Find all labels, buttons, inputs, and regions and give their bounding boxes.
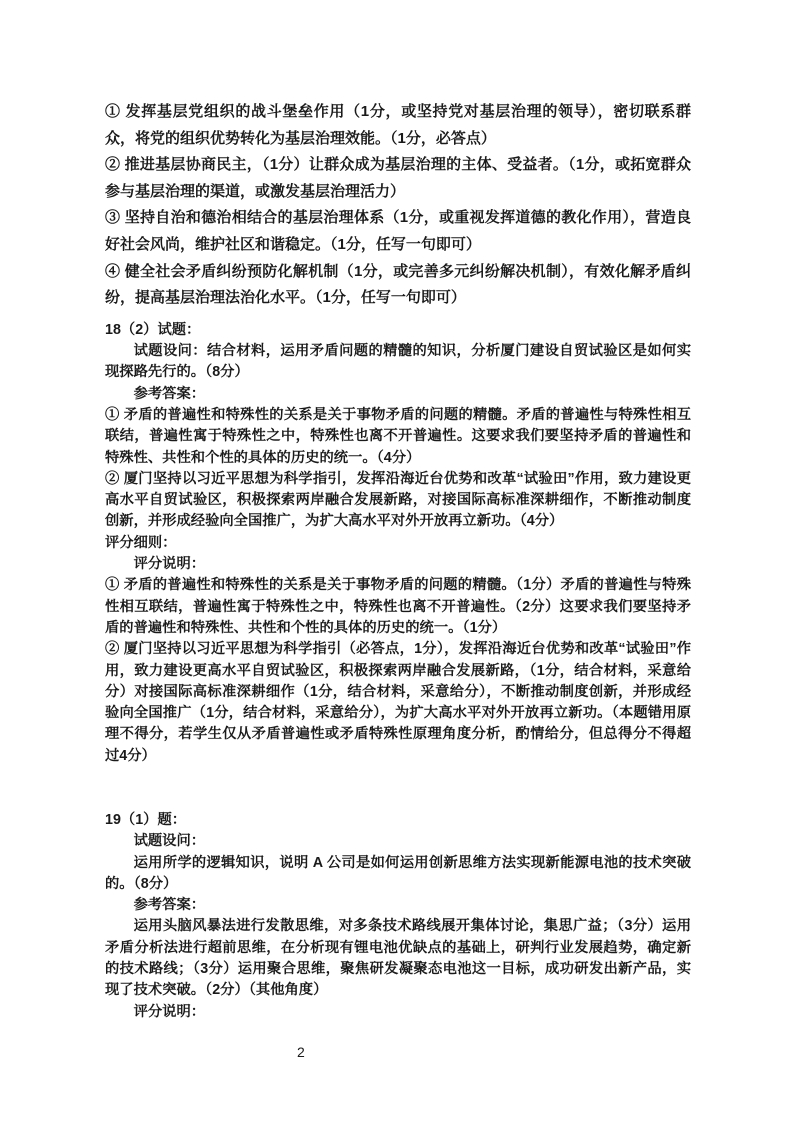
question-text: 试题设问：结合材料，运用矛盾问题的精髓的知识，分析厦门建设自贸试验区是如何实现探… [105,341,691,384]
answer-item: ④ 健全社会矛盾纠纷预防化解机制（1分，或完善多元纠纷解决机制），有效化解矛盾纠… [105,259,691,312]
rubric-note-label: 评分说明： [105,554,691,575]
page-content: ① 发挥基层党组织的战斗堡垒作用（1分，或坚持党对基层治理的领导），密切联系群众… [105,99,691,1023]
rubric-note-label: 评分说明： [105,1002,691,1023]
answer-text: 运用头脑风暴法进行发散思维，对多条技术路线展开集体讨论，集思广益；（3分）运用矛… [105,916,691,1001]
section-18-2-heading: 18（2）试题： [105,320,691,341]
document-page: ① 发挥基层党组织的战斗堡垒作用（1分，或坚持党对基层治理的领导），密切联系群众… [0,0,800,1131]
rubric-item: ② 厦门坚持以习近平思想为科学指引（必答点，1分），发挥沿海近台优势和改革“试验… [105,639,691,767]
rubric-item: ① 矛盾的普遍性和特殊性的关系是关于事物矛盾的问题的精髓。（1分）矛盾的普遍性与… [105,575,691,639]
section-19-1: 19（1）题： 试题设问： 运用所学的逻辑知识，说明 A 公司是如何运用创新思维… [105,810,691,1023]
section-18-2: 18（2）试题： 试题设问：结合材料，运用矛盾问题的精髓的知识，分析厦门建设自贸… [105,320,691,767]
answer-item: ② 推进基层协商民主，（1分）让群众成为基层治理的主体、受益者。（1分，或拓宽群… [105,152,691,205]
reference-answer-label: 参考答案： [105,384,691,405]
reference-answer-label: 参考答案： [105,895,691,916]
answer-continuation-block: ① 发挥基层党组织的战斗堡垒作用（1分，或坚持党对基层治理的领导），密切联系群众… [105,99,691,312]
answer-item: ② 厦门坚持以习近平思想为科学指引，发挥沿海近台优势和改革“试验田”作用，致力建… [105,469,691,533]
answer-item: ① 矛盾的普遍性和特殊性的关系是关于事物矛盾的问题的精髓。矛盾的普遍性与特殊性相… [105,405,691,469]
question-label: 试题设问： [105,831,691,852]
question-text: 运用所学的逻辑知识，说明 A 公司是如何运用创新思维方法实现新能源电池的技术突破… [105,853,691,896]
answer-item: ① 发挥基层党组织的战斗堡垒作用（1分，或坚持党对基层治理的领导），密切联系群众… [105,99,691,152]
section-19-1-heading: 19（1）题： [105,810,691,831]
answer-item: ③ 坚持自治和德治相结合的基层治理体系（1分，或重视发挥道德的教化作用），营造良… [105,205,691,258]
rubric-label: 评分细则： [105,533,691,554]
page-number: 2 [297,1044,305,1060]
